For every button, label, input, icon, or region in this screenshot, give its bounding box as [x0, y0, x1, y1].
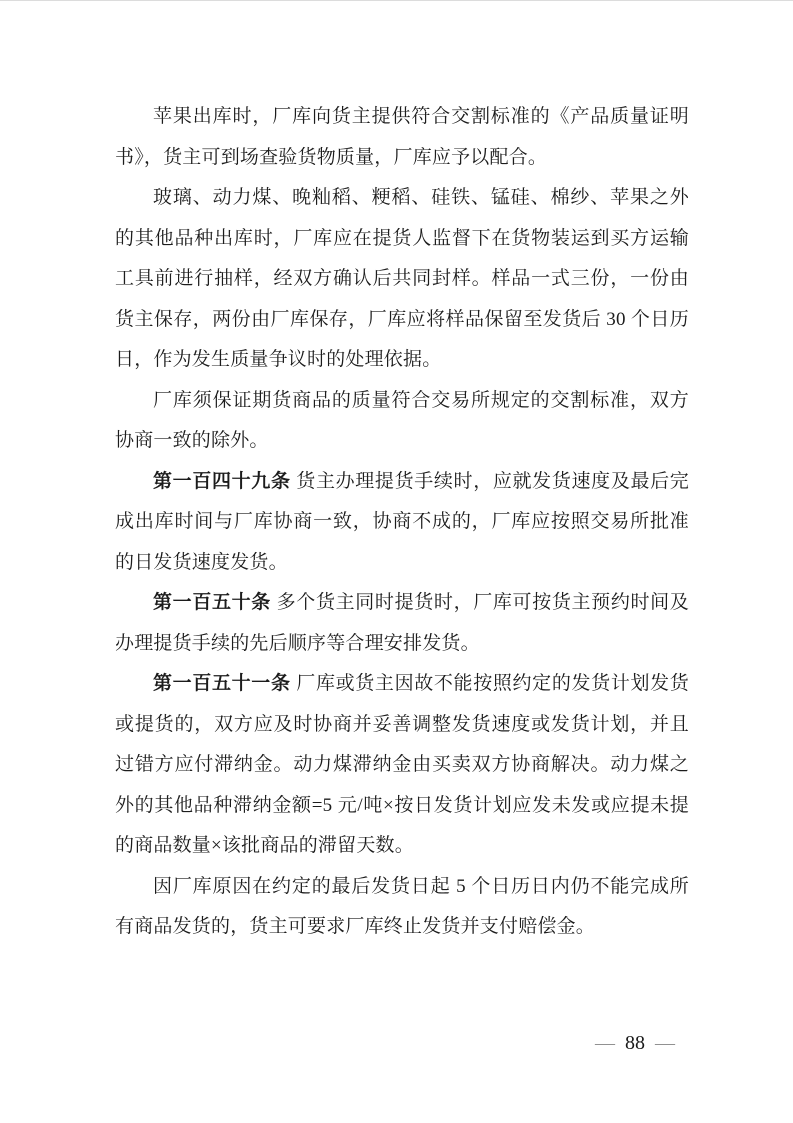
- paragraph: 第一百五十条多个货主同时提货时，厂库可按货主预约时间及办理提货手续的先后顺序等合…: [115, 583, 689, 664]
- paragraph: 第一百四十九条货主办理提货手续时，应就发货速度及最后完成出库时间与厂库协商一致，…: [115, 462, 689, 584]
- footer-left-dash: —: [595, 1032, 615, 1054]
- paragraph-text: 玻璃、动力煤、晚籼稻、粳稻、硅铁、锰硅、棉纱、苹果之外的其他品种出库时，厂库应在…: [115, 187, 689, 370]
- article-number: 第一百四十九条: [153, 471, 291, 492]
- document-page: 苹果出库时，厂库向货主提供符合交割标准的《产品质量证明书》，货主可到场查验货物质…: [0, 0, 793, 1123]
- page-footer: —88—: [595, 1031, 675, 1055]
- paragraph-text: 厂库须保证期货商品的质量符合交易所规定的交割标准，双方协商一致的除外。: [115, 390, 689, 452]
- paragraph: 玻璃、动力煤、晚籼稻、粳稻、硅铁、锰硅、棉纱、苹果之外的其他品种出库时，厂库应在…: [115, 178, 689, 381]
- article-number: 第一百五十一条: [153, 673, 291, 694]
- paragraph-text: 厂库或货主因故不能按照约定的发货计划发货或提货的，双方应及时协商并妥善调整发货速…: [115, 673, 689, 856]
- document-body-text: 苹果出库时，厂库向货主提供符合交割标准的《产品质量证明书》，货主可到场查验货物质…: [115, 97, 689, 948]
- article-number: 第一百五十条: [153, 592, 271, 613]
- page-number: 88: [625, 1032, 645, 1054]
- paragraph-text: 苹果出库时，厂库向货主提供符合交割标准的《产品质量证明书》，货主可到场查验货物质…: [115, 106, 689, 168]
- footer-right-dash: —: [655, 1032, 675, 1054]
- paragraph: 因厂库原因在约定的最后发货日起 5 个日历日内仍不能完成所有商品发货的，货主可要…: [115, 867, 689, 948]
- paragraph-text: 因厂库原因在约定的最后发货日起 5 个日历日内仍不能完成所有商品发货的，货主可要…: [115, 876, 689, 938]
- paragraph: 第一百五十一条厂库或货主因故不能按照约定的发货计划发货或提货的，双方应及时协商并…: [115, 664, 689, 867]
- paragraph: 苹果出库时，厂库向货主提供符合交割标准的《产品质量证明书》，货主可到场查验货物质…: [115, 97, 689, 178]
- paragraph: 厂库须保证期货商品的质量符合交易所规定的交割标准，双方协商一致的除外。: [115, 381, 689, 462]
